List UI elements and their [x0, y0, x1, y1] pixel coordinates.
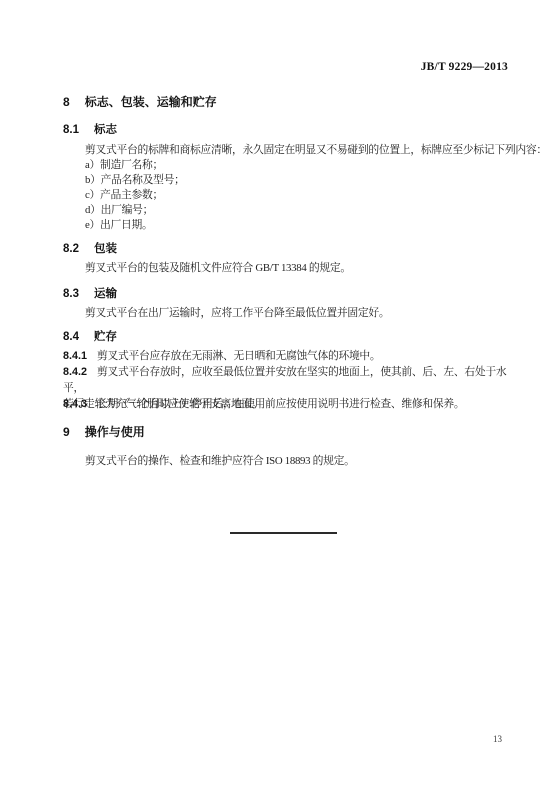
section-8-heading: 8标志、包装、运输和贮存 — [63, 93, 217, 110]
section-8-2-number: 8.2 — [63, 243, 79, 255]
section-8-number: 8 — [63, 95, 70, 109]
clause-8-4-1-text: 剪叉式平台应存放在无雨淋、无日晒和无腐蚀气体的环境中。 — [97, 350, 380, 362]
list-item: e）出厂日期。 — [85, 218, 185, 233]
section-8-4-number: 8.4 — [63, 331, 79, 343]
section-8-3-heading: 8.3运输 — [63, 285, 117, 301]
document-page: JB/T 9229—2013 8标志、包装、运输和贮存 8.1标志 剪叉式平台的… — [0, 0, 553, 786]
clause-8-4-1: 8.4.1剪叉式平台应存放在无雨淋、无日晒和无腐蚀气体的环境中。 — [63, 348, 380, 364]
section-8-4-title: 贮存 — [94, 331, 117, 343]
section-8-1-intro-paragraph: 剪叉式平台的标牌和商标应清晰，永久固定在明显又不易碰到的位置上，标牌应至少标记下… — [63, 143, 547, 158]
section-8-4-heading: 8.4贮存 — [63, 328, 117, 344]
section-8-3-paragraph: 剪叉式平台在出厂运输时，应将工作平台降至最低位置并固定好。 — [63, 306, 389, 321]
clause-8-4-1-number: 8.4.1 — [63, 348, 87, 364]
list-item: d）出厂编号； — [85, 203, 185, 218]
standard-number-header: JB/T 9229—2013 — [421, 61, 508, 73]
section-8-1-heading: 8.1标志 — [63, 121, 117, 137]
section-8-2-paragraph: 剪叉式平台的包装及随机文件应符合 GB/T 13384 的规定。 — [63, 261, 351, 276]
section-8-1-title: 标志 — [94, 124, 117, 136]
section-9-paragraph: 剪叉式平台的操作、检查和维护应符合 ISO 18893 的规定。 — [63, 454, 355, 469]
section-9-number: 9 — [63, 425, 70, 439]
section-8-3-title: 运输 — [94, 288, 117, 300]
clause-8-4-3-number: 8.4.3 — [63, 396, 87, 412]
page-number: 13 — [493, 734, 502, 744]
section-8-2-heading: 8.2包装 — [63, 240, 117, 256]
list-item: a）制造厂名称； — [85, 158, 185, 173]
end-of-document-divider — [230, 532, 337, 534]
list-item: b）产品名称及型号； — [85, 173, 185, 188]
clause-8-4-2-number: 8.4.2 — [63, 364, 87, 380]
marking-items-list: a）制造厂名称； b）产品名称及型号； c）产品主参数； d）出厂编号； e）出… — [63, 158, 185, 233]
clause-8-4-3: 8.4.3长期（一个月以上）停用后，在使用前应按使用说明书进行检查、维修和保养。 — [63, 396, 464, 412]
section-9-title: 操作与使用 — [85, 425, 145, 439]
section-8-3-number: 8.3 — [63, 288, 79, 300]
section-8-title: 标志、包装、运输和贮存 — [85, 95, 217, 109]
section-8-2-title: 包装 — [94, 243, 117, 255]
section-8-1-number: 8.1 — [63, 124, 79, 136]
clause-8-4-3-text: 长期（一个月以上）停用后，在使用前应按使用说明书进行检查、维修和保养。 — [97, 398, 464, 410]
section-9-heading: 9操作与使用 — [63, 423, 145, 440]
list-item: c）产品主参数； — [85, 188, 185, 203]
